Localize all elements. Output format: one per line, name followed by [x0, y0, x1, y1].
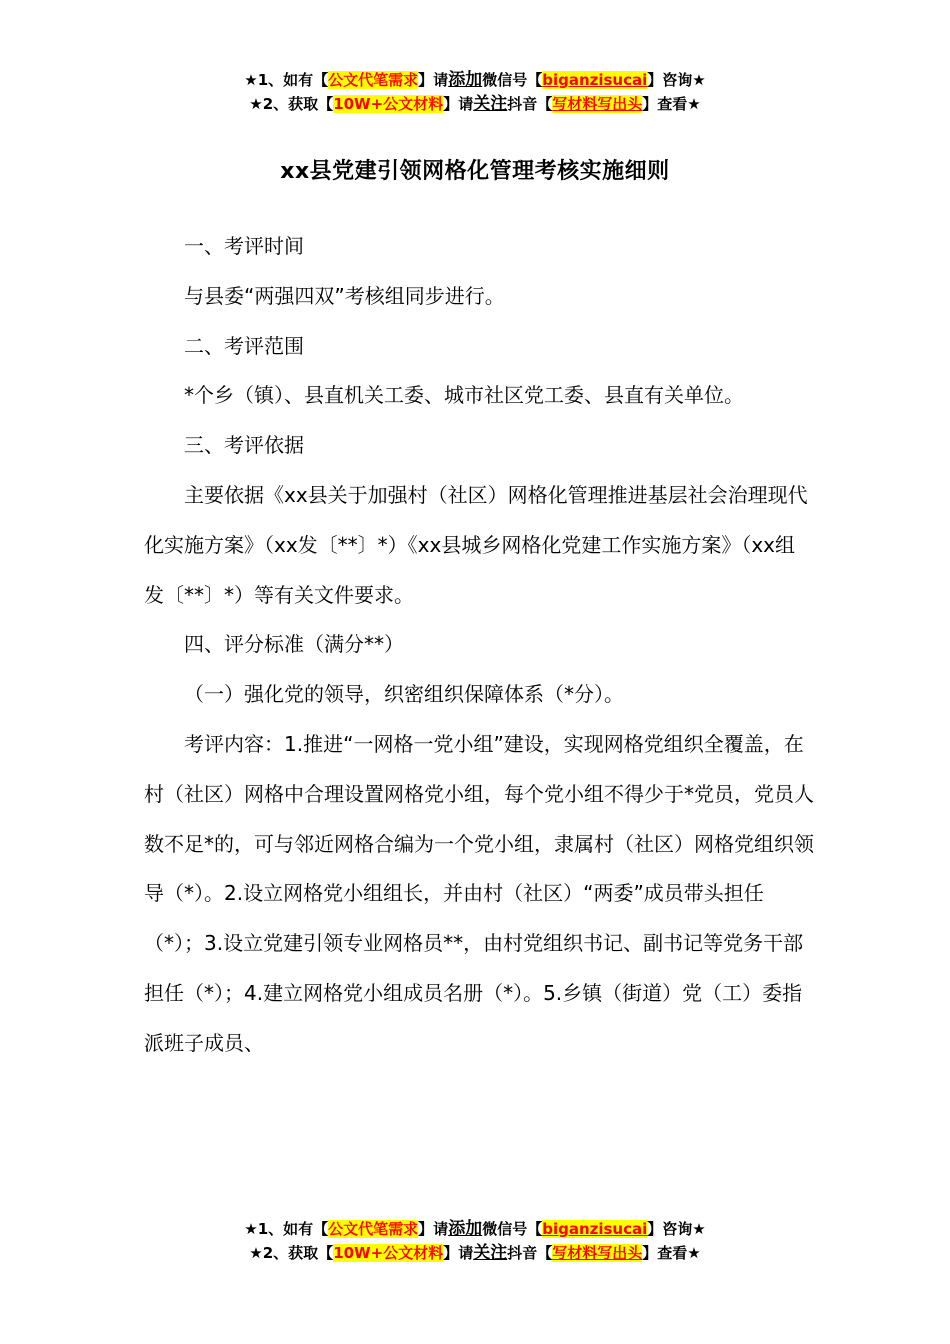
promo-text: 2、获取【 — [263, 95, 333, 113]
section-heading: 二、考评范围 — [144, 322, 814, 372]
star-icon: ★ — [692, 1220, 705, 1238]
promo-douyin-id: 写材料写出头 — [552, 1244, 642, 1262]
promo-wechat-id: biganzisucai — [542, 71, 647, 89]
promo-highlight: 10W+公文材料 — [333, 1244, 443, 1262]
promo-text: 】查看 — [642, 1244, 687, 1262]
paragraph: 考评内容：1.推进“一网格一党小组”建设，实现网格党组织全覆盖，在村（社区）网格… — [144, 720, 814, 1069]
promo-text: 抖音【 — [507, 1244, 552, 1262]
promo-text: 】请 — [418, 1220, 448, 1238]
star-icon: ★ — [249, 95, 262, 113]
section-heading: 一、考评时间 — [144, 222, 814, 272]
document-body: 一、考评时间 与县委“两强四双”考核组同步进行。 二、考评范围 *个乡（镇）、县… — [144, 222, 814, 1069]
promo-text: 2、获取【 — [263, 1244, 333, 1262]
promo-douyin-id: 写材料写出头 — [552, 95, 642, 113]
promo-emphasis: 关注 — [473, 1243, 507, 1263]
promo-banner-bottom: ★1、如有【公文代笔需求】请添加微信号【biganzisucai】咨询★ ★2、… — [0, 1217, 950, 1265]
promo-line-2: ★2、获取【10W+公文材料】请关注抖音【写材料写出头】查看★ — [0, 1241, 950, 1265]
promo-wechat-id: biganzisucai — [542, 1220, 647, 1238]
subsection-heading: （一）强化党的领导，织密组织保障体系（*分）。 — [144, 670, 814, 720]
paragraph: 与县委“两强四双”考核组同步进行。 — [144, 272, 814, 322]
promo-text: 】查看 — [642, 95, 687, 113]
promo-text: 】请 — [418, 71, 448, 89]
promo-highlight: 10W+公文材料 — [333, 95, 443, 113]
star-icon: ★ — [692, 71, 705, 89]
star-icon: ★ — [249, 1244, 262, 1262]
promo-text: 】请 — [443, 95, 473, 113]
promo-highlight: 公文代笔需求 — [328, 1220, 418, 1238]
promo-text: 1、如有【 — [258, 1220, 328, 1238]
promo-line-2: ★2、获取【10W+公文材料】请关注抖音【写材料写出头】查看★ — [0, 92, 950, 116]
paragraph: *个乡（镇）、县直机关工委、城市社区党工委、县直有关单位。 — [144, 371, 814, 421]
promo-text: 微信号【 — [482, 71, 542, 89]
promo-text: 】咨询 — [647, 1220, 692, 1238]
promo-text: 微信号【 — [482, 1220, 542, 1238]
promo-line-1: ★1、如有【公文代笔需求】请添加微信号【biganzisucai】咨询★ — [0, 1217, 950, 1241]
star-icon: ★ — [244, 71, 257, 89]
promo-text: 】请 — [443, 1244, 473, 1262]
promo-emphasis: 添加 — [448, 70, 482, 90]
promo-text: 抖音【 — [507, 95, 552, 113]
promo-emphasis: 关注 — [473, 94, 507, 114]
promo-emphasis: 添加 — [448, 1219, 482, 1239]
promo-text: 】咨询 — [647, 71, 692, 89]
document-title: xx县党建引领网格化管理考核实施细则 — [0, 154, 950, 185]
star-icon: ★ — [687, 95, 700, 113]
section-heading: 三、考评依据 — [144, 421, 814, 471]
star-icon: ★ — [687, 1244, 700, 1262]
paragraph: 主要依据《xx县关于加强村（社区）网格化管理推进基层社会治理现代化实施方案》（x… — [144, 471, 814, 620]
star-icon: ★ — [244, 1220, 257, 1238]
promo-banner-top: ★1、如有【公文代笔需求】请添加微信号【biganzisucai】咨询★ ★2、… — [0, 68, 950, 116]
promo-line-1: ★1、如有【公文代笔需求】请添加微信号【biganzisucai】咨询★ — [0, 68, 950, 92]
section-heading: 四、评分标准（满分**） — [144, 620, 814, 670]
promo-highlight: 公文代笔需求 — [328, 71, 418, 89]
promo-text: 1、如有【 — [258, 71, 328, 89]
